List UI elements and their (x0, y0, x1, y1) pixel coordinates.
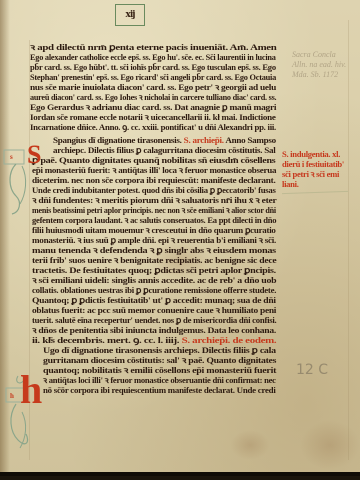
folio-number-box: xij (115, 4, 145, 26)
text-line: ꝛ dn̄i fundentes: ꝛ meritis piorum dn̄i … (32, 195, 276, 205)
marginal-note-line: liani. (282, 179, 360, 189)
text-line: oblatus fuerit: ac pcc suū memor conueni… (32, 305, 276, 315)
red-marginal-note: S. indulgentia. xl. dierū i festiuitatib… (282, 149, 360, 189)
decorated-initial-h: h (20, 366, 42, 413)
text-line: archiepc. Dilectis filius ꝑ calagurritan… (53, 145, 275, 155)
text-line: ep̄i monasteriū fuerit: ꝛ antiq̄tas illi… (32, 165, 276, 175)
text-line: Incarnatione dn̄ice. Anno. ꝯ. cc. xxiii.… (30, 122, 276, 132)
text-line: quantoq; nobilitatis ꝛ emilii cōsellons … (43, 365, 276, 375)
text-line: filii huiusmodi uitam mouemur ꝛ cresceut… (32, 225, 276, 235)
text-line: gurritanam diocesim cōstitutis: sal' ꝛ p… (43, 355, 276, 365)
text-line: Ugo dī dignatione tirasonensis archieps.… (43, 345, 276, 355)
text-line: Iordan sc̄e romane eccle notarii ꝛ uicec… (30, 112, 276, 122)
text-span: Anno Sampso (224, 135, 276, 145)
text-line: ꝛ antiq̄tas loci illi' ꝛ feruor monastic… (43, 375, 276, 385)
marginal-note-line: Alln. na ead. hiv. (292, 60, 358, 70)
marginal-note-line: dierū i festiuitatib' (282, 159, 360, 169)
ruling-line (348, 20, 349, 460)
rubric: S. archiep̄i. de eodem. (182, 335, 277, 345)
text-line: Stephan' prenestin' eps̄. ss. Ego ricard… (30, 72, 276, 82)
text-span: ii. kł̄s decembris. mert. ꝯ. cc. l. iiij… (32, 335, 182, 345)
marginal-note-line: Mda. Sb. 1172 (292, 70, 358, 80)
text-span: Spangius dī dignatione tirasonensis. (53, 135, 184, 145)
pencil-note: 12 C (296, 362, 328, 378)
text-line: nō sc̄ōr corpora ibi requiescentium mani… (43, 385, 276, 395)
text-line: collatis. oblationes uestras ibi ꝑ ꝑcura… (32, 285, 276, 295)
text-line: ꝛ sc̄i emiliani uideli: singlis annis ac… (32, 275, 276, 285)
manuscript-page: xij ꝛ apd dilectū nrm̄ ꝑenta eterne paci… (0, 0, 360, 476)
text-line: menis beatissimi petri aplor principis. … (32, 205, 276, 215)
text-line: tractetis. De festiuitates quoq; ꝑdictas… (32, 265, 276, 275)
text-line: ꝛ dn̄os de penitentia sibi iniuncta indu… (32, 325, 276, 335)
text-line: ꝛ apd dilectū nrm̄ ꝑenta eterne pacis in… (30, 42, 277, 52)
parchment-stain (230, 430, 270, 460)
page-bottom-edge (0, 472, 360, 476)
parchment-stain (300, 420, 360, 470)
decorated-initial-s: S (27, 140, 41, 170)
marginal-note-line: S. indulgentia. xl. (282, 149, 360, 159)
text-line: ꝑ paē. Quanto dignitates quanq̄ nobilita… (32, 155, 275, 165)
ruling-line (282, 191, 348, 194)
text-line: monasteriū. ꝛ ius suū ꝑ ample dn̄i. epi … (32, 235, 276, 245)
text-line-with-rubric: Spangius dī dignatione tirasonensis. S. … (53, 135, 276, 145)
text-line: Quantoq; ꝑ ꝑdictis festiuitatib' ut' ꝑ a… (32, 295, 276, 305)
text-line: pb̄r card. ss. Ego hūbt'. tt. sc̄i iohīs… (30, 62, 276, 72)
text-line: tuerit. salutē eīna recepertur' uendet. … (32, 315, 276, 325)
text-line: nus sc̄e marie inuiolata diacon' card. s… (30, 82, 276, 92)
text-line: manu tenenda ꝛ defendenda ꝛ ꝑ singlr abs… (32, 245, 276, 255)
text-line: Ego Gerardus ꝛ adrianu diac card. ss. Da… (30, 102, 276, 112)
rubric: S. archiep̄i. (184, 135, 224, 145)
text-line: gefentem corpora laudant. ꝛ ac salutis c… (32, 215, 276, 225)
marginal-note-line: Sacra Concla (292, 50, 358, 60)
text-line: Unde credi indubitanter potest. quod dn̄… (32, 185, 276, 195)
folio-number: xij (125, 10, 134, 20)
text-line: diceterim. nec non sc̄e corpora ibi requ… (32, 175, 275, 185)
marginal-note-line: sc̄i petri ꝛ sc̄i emi (282, 169, 360, 179)
text-line: aureū diacon' card. ss. Ego Iohes ꝛ nich… (30, 92, 276, 102)
text-line-with-rubric: ii. kł̄s decembris. mert. ꝯ. cc. l. iiij… (32, 335, 276, 345)
faded-marginal-note: Sacra Concla Alln. na ead. hiv. Mda. Sb.… (292, 50, 358, 80)
text-line: Ego alexander catholice eccle eps̄. ss. … (30, 52, 276, 62)
text-line: terii frib' suos uenire ꝛ benignitate re… (32, 255, 276, 265)
